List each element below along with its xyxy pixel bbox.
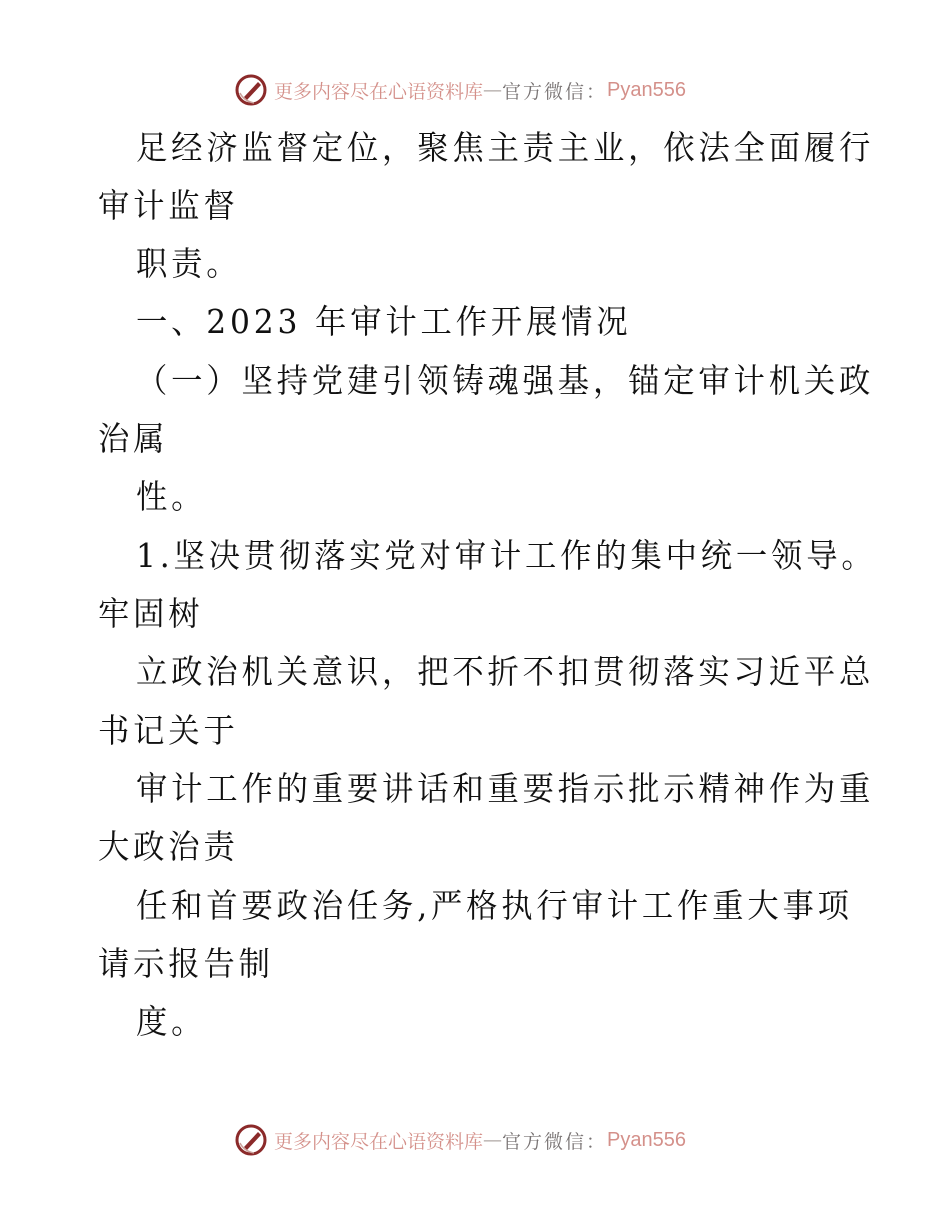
text-line: 请示报告制 [98,944,274,984]
footer-watermark: 更多内容尽在心语资料库 — 官方微信： Pyan556 [234,1120,686,1160]
watermark-site-text: 更多内容尽在心语资料库 [274,1127,483,1154]
subsection-heading: （一）坚持党建引领铸魂强基，锚定审计机关政 [136,361,874,401]
section-heading: 一、2023 年审计工作开展情况 [136,302,631,342]
watermark-wechat-id: Pyan556 [607,79,686,102]
watermark-dash: — [483,1129,502,1151]
watermark-wechat-id: Pyan556 [607,1129,686,1152]
text-line: 书记关于 [98,711,239,751]
text-line: 度。 [136,1002,206,1042]
pen-logo-icon [234,1123,268,1157]
text-line: 1.坚决贯彻落实党对审计工作的集中统一领导。 [136,536,877,576]
text-line: 牢固树 [98,594,203,634]
watermark-dash: — [483,79,502,101]
text-line: 审计监督 [98,186,239,226]
pen-logo-icon [234,73,268,107]
watermark-site-text: 更多内容尽在心语资料库 [274,77,483,104]
watermark-wechat-label: 官方微信： [502,1127,607,1154]
text-line: 治属 [98,419,168,459]
text-line: 大政治责 [98,827,239,867]
text-line: 职责。 [136,244,241,284]
text-line: 立政治机关意识，把不折不扣贯彻落实习近平总 [136,652,874,692]
text-line: 审计工作的重要讲话和重要指示批示精神作为重 [136,769,874,809]
header-watermark: 更多内容尽在心语资料库 — 官方微信： Pyan556 [234,70,686,110]
text-line: 任和首要政治任务,严格执行审计工作重大事项 [136,886,853,926]
watermark-wechat-label: 官方微信： [502,77,607,104]
text-line: 性。 [136,477,206,517]
text-line: 足经济监督定位，聚焦主责主业，依法全面履行 [136,128,874,168]
